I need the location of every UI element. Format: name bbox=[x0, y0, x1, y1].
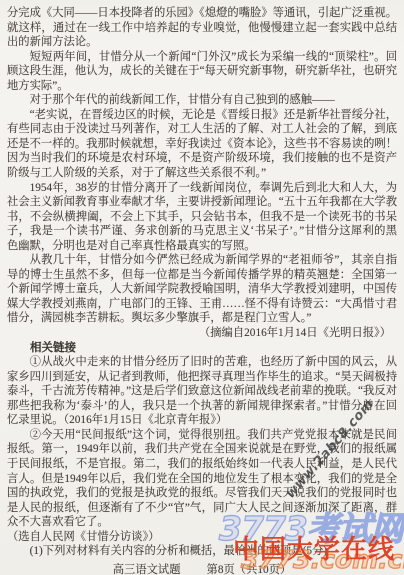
paragraph-3: 对于那个年代的前线新闻工作，甘惜分有自己独到的感触—— bbox=[7, 93, 397, 108]
paragraph-2: 短短两年间，甘惜分从一个新闻“门外汉”成长为采编一线的“顶梁柱”。回顾这段生涯，… bbox=[7, 50, 397, 94]
paragraph-12: (1)下列对材料有关内容的分析和概括，最恰当的两项是(5分) bbox=[7, 544, 397, 559]
paragraph-8: 相关链接 bbox=[7, 341, 397, 356]
paragraph-1: 分完成《大同——日本投降者的乐园》《熄燈的嘴脸》等通讯，引起广泛重视。就这样，通… bbox=[7, 6, 397, 50]
footer-page-indicator: 第8页（共10页） bbox=[207, 564, 292, 575]
paragraph-6: 从教几十年，甘惜分如今俨然已经成为新闻学界的“老祖师爷”，其亲自指导的博士生虽然… bbox=[7, 253, 397, 326]
page-footer: 高三语文试题第8页（共10页） bbox=[7, 563, 397, 575]
paragraph-5: 1954年，38岁的甘惜分离开了一线新闻岗位，奉调先后到北大和人大，为社会主义新… bbox=[7, 181, 397, 254]
exam-page: 分完成《大同——日本投降者的乐园》《熄燈的嘴脸》等通讯，引起广泛重视。就这样，通… bbox=[0, 0, 404, 575]
paragraph-10: ②今天用“民间报纸”这个词，觉得很别扭。我们共产党党报本来就是民间报纸。第一，1… bbox=[7, 428, 397, 530]
footer-exam-title: 高三语文试题 bbox=[113, 564, 181, 575]
paragraph-11: （选自人民网《甘惜分访谈》） bbox=[7, 530, 397, 545]
paragraph-9: ①从战火中走来的甘惜分经历了旧时的苦难，也经历了新中国的风云，从家乡四川到延安，… bbox=[7, 355, 397, 428]
paragraph-7: （摘编自2016年1月14日《光明日报》） bbox=[7, 326, 397, 341]
document-body: 分完成《大同——日本投降者的乐园》《熄燈的嘴脸》等通讯，引起广泛重视。就这样，通… bbox=[7, 6, 397, 559]
paragraph-4: “老实说，在晋绥边区的时候，无论是《晋绥日报》还是新华社晋绥分社，有些同志由于没… bbox=[7, 108, 397, 181]
